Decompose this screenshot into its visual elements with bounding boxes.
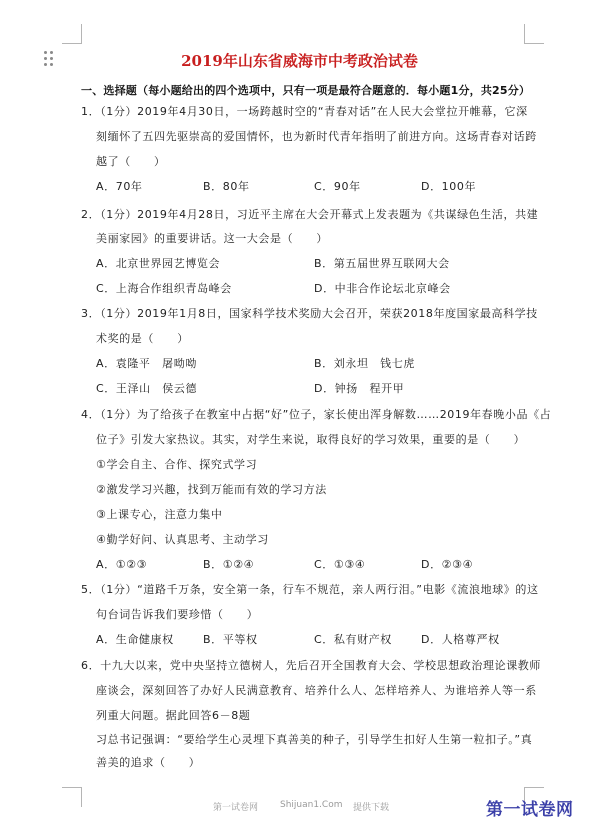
question-2-option-c: C．上海合作组织青岛峰会 <box>96 282 232 296</box>
question-4-option-c: C．①③④ <box>314 558 365 572</box>
question-4-option-d: D．②③④ <box>421 558 473 572</box>
question-4-line-1: 4．（1分）为了给孩子在教室中占据“好”位子，家长使出浑身解数……2019年春晚… <box>81 408 551 422</box>
question-4-line-2: 位子》引发大家热议。其实，对学生来说，取得良好的学习效果，重要的是（ ） <box>96 433 525 447</box>
question-1-option-c: C．90年 <box>314 180 361 194</box>
question-3-option-d: D．钟扬 程开甲 <box>314 382 404 396</box>
question-6-line-4: 习总书记强调：“要给学生心灵埋下真善美的种子，引导学生扣好人生第一粒扣子。”真 <box>96 733 532 747</box>
question-3-line-1: 3．（1分）2019年1月8日，国家科学技术奖励大会召开，荣获2018年度国家最… <box>81 307 538 321</box>
question-3-option-b: B．刘永坦 钱七虎 <box>314 357 415 371</box>
question-6-line-2: 座谈会，深刻回答了办好人民满意教育、培养什么人、怎样培养人、为谁培养人等一系 <box>96 684 537 698</box>
question-1-option-a: A．70年 <box>96 180 143 194</box>
question-3-option-c: C．王泽山 侯云德 <box>96 382 197 396</box>
question-2-option-d: D．中非合作论坛北京峰会 <box>314 282 451 296</box>
question-1-line-1: 1．（1分）2019年4月30日，一场跨越时空的“青春对话”在人民大会堂拉开帷幕… <box>81 105 528 119</box>
crop-mark-top-right <box>524 24 544 44</box>
question-2-line-1: 2．（1分）2019年4月28日，习近平主席在大会开幕式上发表题为《共谋绿色生活… <box>81 208 538 222</box>
question-6-line-5: 善美的追求（ ） <box>96 756 200 770</box>
question-4-statement-3: ③上课专心，注意力集中 <box>96 508 222 522</box>
crop-mark-bottom-left <box>62 787 82 807</box>
question-4-option-b: B．①②④ <box>203 558 254 572</box>
question-1-option-b: B．80年 <box>203 180 250 194</box>
question-4-option-a: A．①②③ <box>96 558 147 572</box>
footer-site-url: Shijuan1.Com <box>280 800 343 810</box>
footer-provide-download: 提供下载 <box>353 800 389 813</box>
question-5-option-b: B．平等权 <box>203 633 258 647</box>
footer-site-name: 第一试卷网 <box>213 800 258 813</box>
question-5-option-a: A．生命健康权 <box>96 633 174 647</box>
question-6-line-1: 6．十九大以来，党中央坚持立德树人，先后召开全国教育大会、学校思想政治理论课教师 <box>81 659 541 673</box>
question-1-line-2: 刻缅怀了五四先驱崇高的爱国情怀，也为新时代青年指明了前进方向。这场青春对话跨 <box>96 130 537 144</box>
section-heading: 一、选择题（每小题给出的四个选项中，只有一项是最符合题意的．每小题1分，共25分… <box>81 82 530 98</box>
crop-mark-top-left <box>62 24 82 44</box>
question-5-line-1: 5．（1分）“道路千万条，安全第一条，行车不规范，亲人两行泪。”电影《流浪地球》… <box>81 583 539 597</box>
question-4-statement-4: ④勤学好问、认真思考、主动学习 <box>96 533 269 547</box>
page-title: 2019年山东省威海市中考政治试卷 <box>0 50 599 71</box>
question-2-option-a: A．北京世界园艺博览会 <box>96 257 220 271</box>
question-4-statement-2: ②激发学习兴趣，找到万能而有效的学习方法 <box>96 483 327 497</box>
brand-logo: 第一试卷网 <box>486 795 574 820</box>
question-5-option-c: C．私有财产权 <box>314 633 392 647</box>
question-5-line-2: 句台词告诉我们要珍惜（ ） <box>96 608 258 622</box>
question-5-option-d: D．人格尊严权 <box>421 633 500 647</box>
question-1-option-d: D．100年 <box>421 180 476 194</box>
question-3-option-a: A．袁隆平 屠呦呦 <box>96 357 197 371</box>
question-1-line-3: 越了（ ） <box>96 155 166 169</box>
question-4-statement-1: ①学会自主、合作、探究式学习 <box>96 458 257 472</box>
question-6-line-3: 列重大问题。据此回答6－8题 <box>96 709 250 723</box>
question-2-line-2: 美丽家园》的重要讲话。这一大会是（ ） <box>96 232 328 246</box>
question-2-option-b: B．第五届世界互联网大会 <box>314 257 450 271</box>
question-3-line-2: 术奖的是（ ） <box>96 332 189 346</box>
